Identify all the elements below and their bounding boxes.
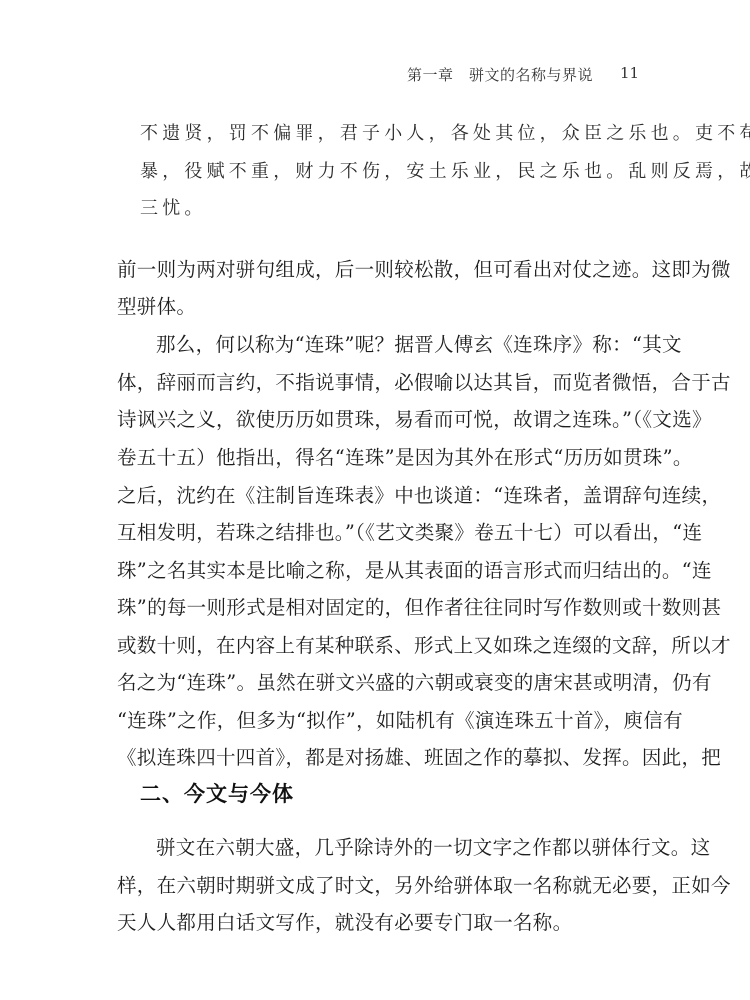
paragraph-line: 之后，沈约在《注制旨连珠表》中也谈道：“连珠者，盖谓辞句连续， — [117, 484, 721, 508]
paragraph-line: 珠”之名其实本是比喻之称，是从其表面的语言形式而归结出的。“连 — [117, 559, 712, 583]
paragraph-line: 卷五十五）他指出，得名“连珠”是因为其外在形式“历历如贯珠”。 — [117, 446, 693, 470]
quote-line: 暴，役赋不重，财力不伤，安土乐业，民之乐也。乱则反焉，故曰 — [140, 160, 750, 184]
paragraph-line: 《拟连珠四十四首》，都是对扬雄、班固之作的摹拟、发挥。因此，把 — [117, 746, 721, 770]
paragraph-line: “连珠”之作，但多为“拟作”，如陆机有《演连珠五十首》，庾信有 — [117, 709, 683, 733]
section-heading: 二、今文与今体 — [140, 778, 294, 808]
running-header: 第一章 骈文的名称与界说 11 — [0, 64, 750, 88]
paragraph-line: 骈文在六朝大盛，几乎除诗外的一切文字之作都以骈体行文。这 — [156, 836, 710, 860]
paragraph-line: 互相发明，若珠之结排也。”（《艺文类聚》卷五十七）可以看出，“连 — [117, 521, 702, 545]
paragraph-line: 或数十则，在内容上有某种联系、形式上又如珠之连缀的文辞，所以才 — [117, 634, 731, 658]
paragraph-line: 珠”的每一则形式是相对固定的，但作者往往同时写作数则或十数则甚 — [117, 596, 721, 620]
paragraph-line: 体，辞丽而言约，不指说事情，必假喻以达其旨，而览者微悟，合于古 — [117, 371, 731, 395]
paragraph-line: 那么，何以称为“连珠”呢？据晋人傅玄《连珠序》称：“其文 — [156, 333, 682, 357]
paragraph-line: 型骈体。 — [117, 295, 196, 319]
quote-line: 三忧。 — [140, 197, 207, 221]
paragraph-line: 诗讽兴之义，欲使历历如贯珠，易看而可悦，故谓之连珠。”（《文选》 — [117, 408, 712, 432]
page-number: 11 — [620, 64, 639, 82]
chapter-title: 第一章 骈文的名称与界说 — [407, 64, 593, 85]
paragraph-line: 名之为“连珠”。虽然在骈文兴盛的六朝或衰变的唐宋甚或明清，仍有 — [117, 671, 712, 695]
paragraph-line: 前一则为两对骈句组成，后一则较松散，但可看出对仗之迹。这即为微 — [117, 258, 731, 282]
quote-line: 不遗贤，罚不偏罪，君子小人，各处其位，众臣之乐也。吏不苟 — [140, 122, 750, 146]
paragraph-line: 样，在六朝时期骈文成了时文，另外给骈体取一名称就无必要，正如今 — [117, 874, 731, 898]
paragraph-line: 天人人都用白话文写作，就没有必要专门取一名称。 — [117, 911, 572, 935]
